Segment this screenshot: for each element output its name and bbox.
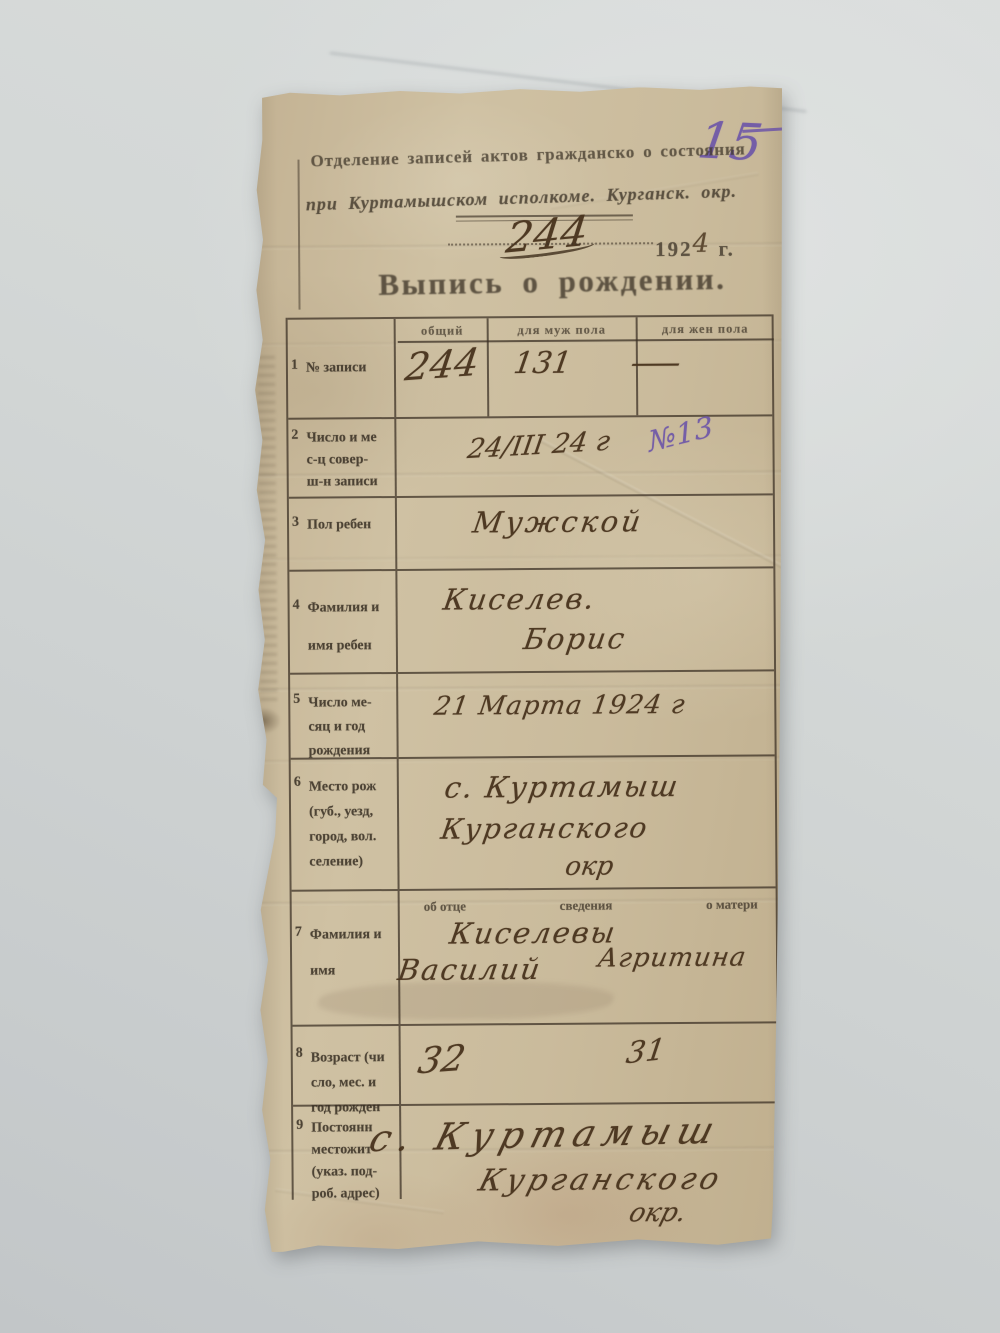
parents-subheader: об отце сведения о матери [410, 896, 772, 915]
torn-edge-notch [254, 708, 280, 734]
table-row-parents-ages: 8 Возраст (чи сло, мес. и год рожден 32 … [293, 1021, 778, 1104]
value-residence-line3: окр. [626, 1198, 690, 1228]
year-suffix: г. [718, 237, 735, 261]
value-birth-place-line1: с. Куртамыш [442, 769, 682, 805]
row-label: Число и ме [306, 427, 394, 450]
value-residence-line1: с. Куртамыш [365, 1109, 726, 1161]
value-father-name: Василий [396, 952, 544, 987]
row-label: селение) [309, 849, 397, 875]
value-birth-place-line2: Курганского [439, 811, 651, 845]
row-label-cell: 6 Место рож (губ., уезд, город, вол. сел… [291, 759, 400, 890]
row-number: 8 [296, 1046, 303, 1062]
document-paper: 15 Отделение записей актов гражданско о … [250, 86, 790, 1252]
value-male-no: 131 [511, 346, 574, 381]
row-label: ш-н записи [307, 471, 395, 494]
row-label-cell: 1 № записи [288, 319, 397, 418]
value-birth-place-line3: окр [563, 851, 615, 881]
value-birth-date: 21 Марта 1924 г [432, 690, 688, 722]
row-label: город, вол. [309, 824, 397, 850]
subheader-female: для жен пола [637, 316, 774, 339]
table-subheader: общий для муж пола для жен пола [398, 316, 774, 343]
value-child-firstname: Борис [521, 621, 628, 656]
row-number: 4 [293, 598, 300, 614]
value-female-no: — [627, 343, 684, 381]
row-label: роб. адрес) [312, 1183, 400, 1206]
value-mother-age: 31 [624, 1032, 668, 1071]
row-label: Число ме- [308, 691, 396, 716]
row-number: 7 [295, 925, 302, 941]
row-number: 6 [294, 775, 301, 791]
table-row-sex: 3 Пол ребен Мужской [289, 493, 773, 569]
row-label-cell: 8 Возраст (чи сло, мес. и год рожден [293, 1026, 402, 1105]
document-title: Выпись о рождении. [378, 261, 727, 303]
photo-background: 15 Отделение записей актов гражданско о … [0, 0, 1000, 1333]
table-row-parents-names: об отце сведения о матери 7 Фамилия и им… [292, 886, 777, 1024]
year-handwritten-digit: 4 [692, 229, 711, 259]
row-label: имя [310, 960, 398, 983]
row-label: Пол ребен [307, 514, 395, 537]
record-table: общий для муж пола для жен пола 1 № запи… [286, 314, 780, 1199]
row-label: Возраст (чи [311, 1045, 399, 1071]
row-number: 9 [296, 1118, 303, 1134]
value-father-age: 32 [415, 1038, 469, 1082]
value-general-no: 244 [403, 340, 482, 390]
row-number: 2 [291, 428, 298, 444]
table-row-child-name: 4 Фамилия и имя ребен Киселев. Борис [289, 566, 774, 672]
value-sex: Мужской [470, 504, 645, 539]
table-row-record-no: общий для муж пола для жен пола 1 № запи… [288, 314, 773, 417]
year-printed-prefix: 192 [655, 237, 693, 261]
row-label: сяц и год [308, 715, 396, 740]
row-label-cell: 2 Число и ме с-ц совер- ш-н записи [288, 419, 397, 497]
row-label: (указ. под- [311, 1161, 399, 1184]
purple-number-note: №13 [646, 410, 714, 459]
value-mother-name: Агритина [596, 943, 749, 974]
table-row-birth-place: 6 Место рож (губ., уезд, город, вол. сел… [291, 754, 776, 889]
row-number: 5 [293, 692, 300, 708]
row-label: Место рож [309, 774, 397, 800]
left-margin-rule [297, 160, 300, 310]
subheader-details: сведения [560, 897, 613, 913]
row-label-cell: 3 Пол ребен [289, 498, 397, 570]
subheader-male: для муж пола [487, 317, 637, 340]
row-label: Фамилия и [310, 924, 398, 947]
subheader-about-mother: о матери [706, 896, 758, 912]
table-row-record-date: 2 Число и ме с-ц совер- ш-н записи 24/II… [288, 414, 773, 496]
row-label: № записи [306, 357, 394, 380]
table-row-residence: 9 Постоянн местожит (указ. под- роб. адр… [293, 1101, 778, 1199]
value-record-date: 24/III 24 г [465, 426, 612, 465]
row-number: 3 [292, 515, 299, 531]
value-parents-surname: Киселевы [447, 915, 619, 950]
row-label-cell: 4 Фамилия и имя ребен [289, 571, 398, 673]
table-row-birth-date: 5 Число ме- сяц и год рождения 21 Марта … [290, 669, 775, 757]
value-residence-line2: Курганского [475, 1162, 727, 1199]
subheader-about-father: об отце [424, 899, 466, 915]
row-label: Фамилия и [308, 597, 396, 620]
row-label: сло, мес. и [311, 1070, 399, 1096]
row-label-cell: 7 Фамилия и имя [292, 891, 401, 1025]
year-line: 1924 г. [655, 233, 735, 264]
subheader-general: общий [398, 318, 487, 341]
row-label: (губ., уезд, [309, 799, 397, 825]
row-label: имя ребен [308, 635, 396, 658]
row-number: 1 [291, 358, 298, 374]
left-margin-stamp-remnant [258, 356, 277, 701]
row-label-cell: 5 Число ме- сяц и год рождения [290, 674, 399, 758]
value-child-surname: Киселев. [441, 582, 598, 617]
row-label: с-ц совер- [307, 449, 395, 472]
